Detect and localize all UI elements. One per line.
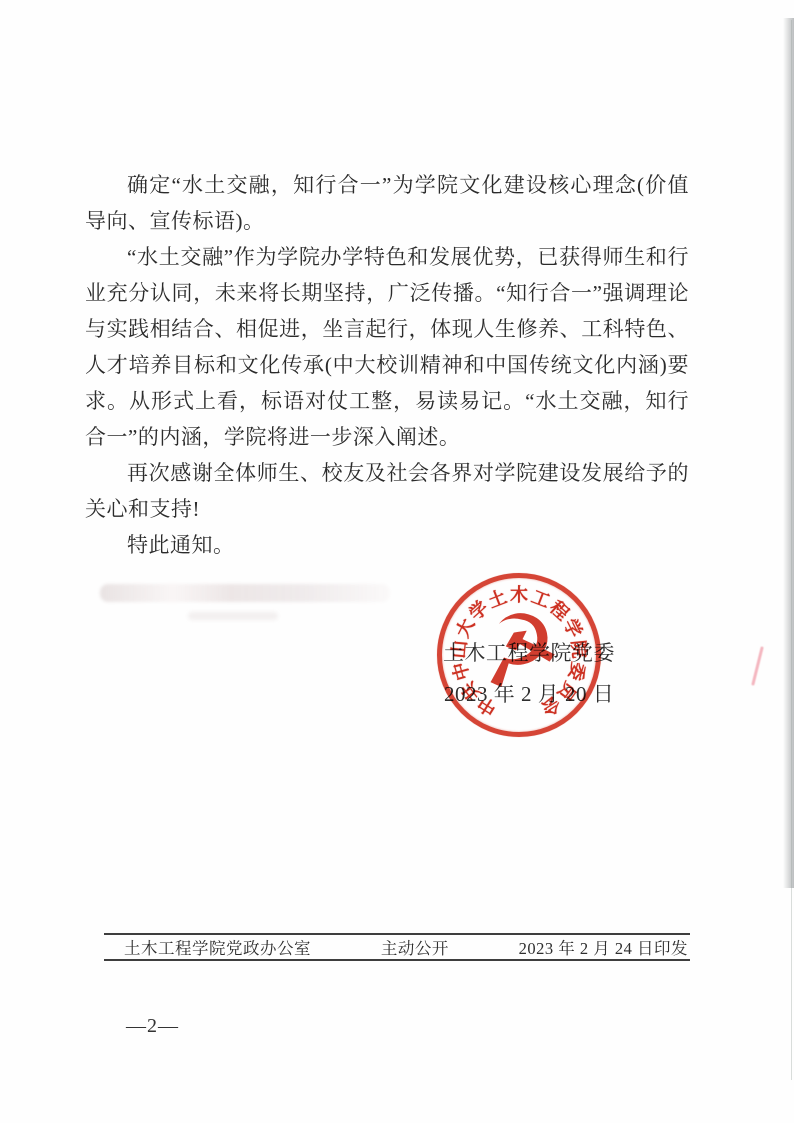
- document-page: 确定“水土交融，知行合一”为学院文化建设核心理念(价值导向、宣传标语)。 “水土…: [0, 0, 794, 1123]
- colophon-office: 土木工程学院党政办公室: [124, 935, 311, 959]
- scan-edge-shadow: [783, 18, 794, 888]
- notice-body: 确定“水土交融，知行合一”为学院文化建设核心理念(价值导向、宣传标语)。 “水土…: [85, 167, 689, 563]
- paragraph-core-concept: 确定“水土交融，知行合一”为学院文化建设核心理念(价值导向、宣传标语)。: [85, 167, 689, 239]
- page-number: —2—: [126, 1015, 179, 1038]
- colophon-print-date: 2023 年 2 月 24 日印发: [519, 935, 688, 959]
- paragraph-explanation: “水土交融”作为学院办学特色和发展优势，已获得师生和行业充分认同，未来将长期坚持…: [85, 239, 689, 455]
- colophon: 土木工程学院党政办公室 主动公开 2023 年 2 月 24 日印发: [104, 933, 690, 961]
- scan-edge-line: [791, 20, 792, 1080]
- seal-char: 院: [566, 639, 594, 659]
- official-seal: 中共中山大学土木工程学院委员会 ☭: [437, 573, 601, 737]
- stray-ink-mark: [751, 646, 764, 686]
- colophon-disclosure: 主动公开: [381, 935, 449, 959]
- seal-char: 山: [444, 639, 472, 659]
- ink-smudge-small: [188, 612, 278, 620]
- paragraph-closing: 特此通知。: [85, 527, 689, 563]
- ink-smudge: [100, 584, 390, 602]
- paragraph-thanks: 再次感谢全体师生、校友及社会各界对学院建设发展给予的关心和支持!: [85, 455, 689, 527]
